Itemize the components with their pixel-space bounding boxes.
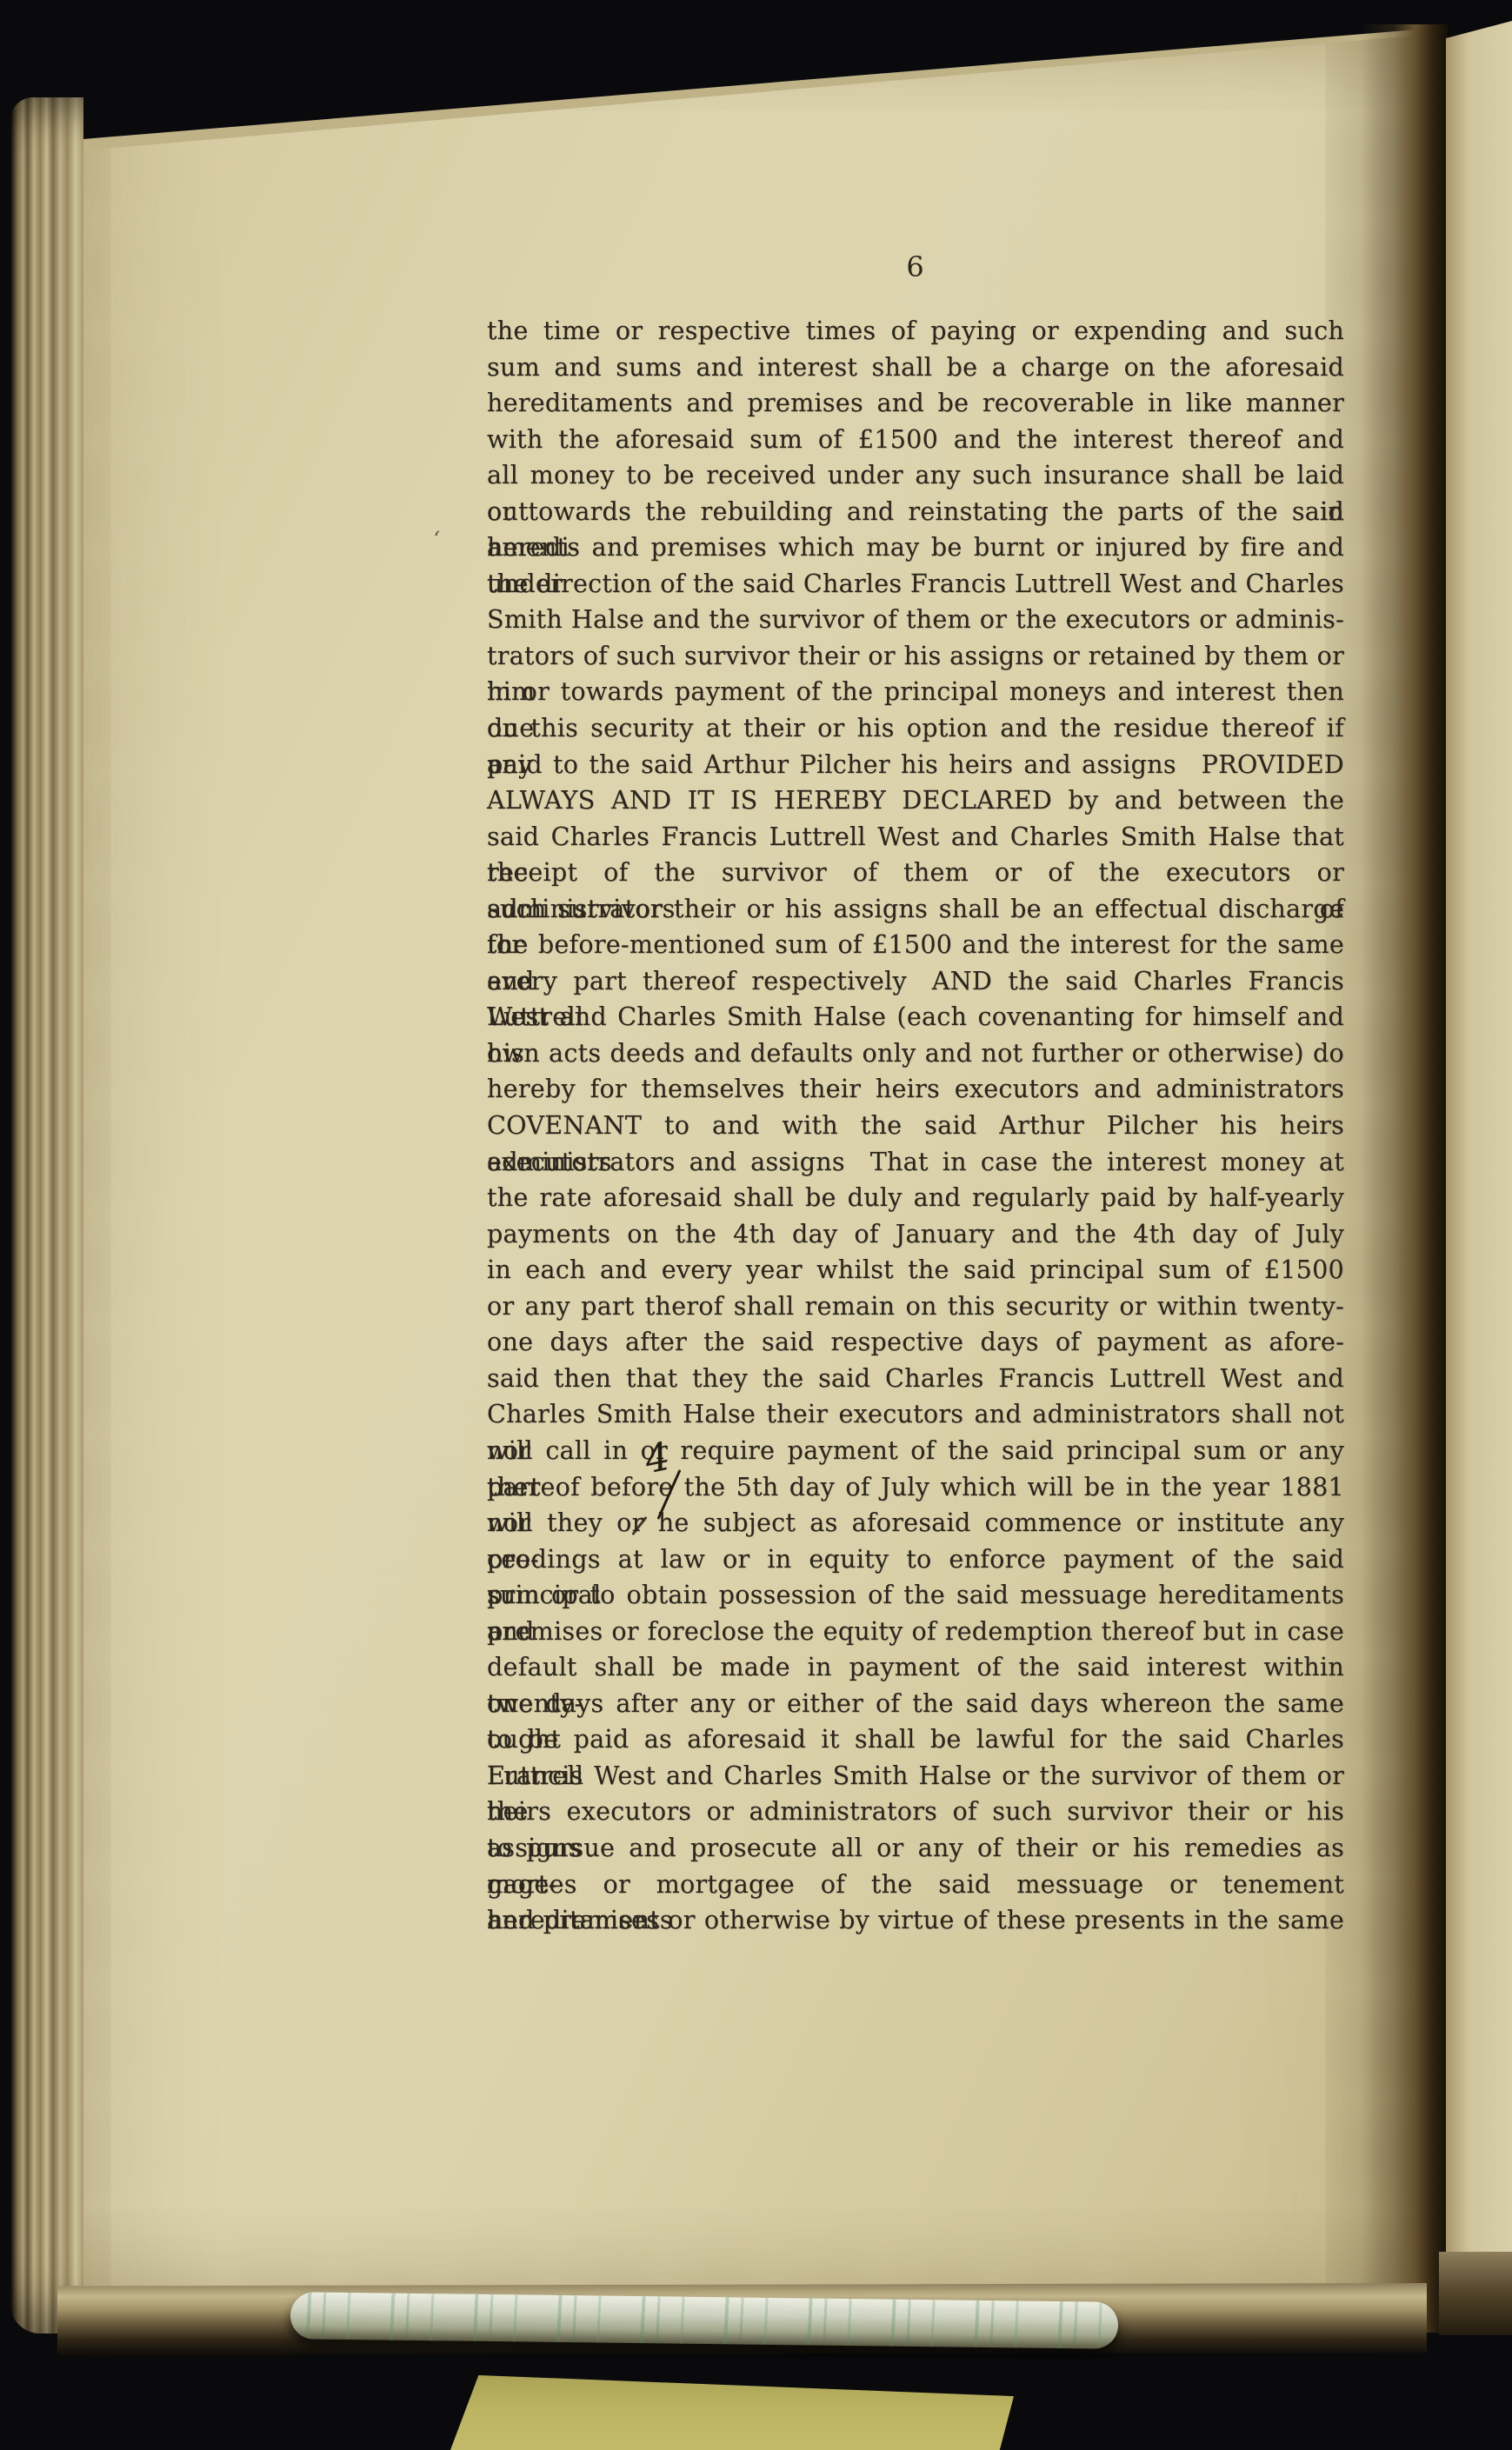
text-line: West and Charles Smith Halse (each coven…	[487, 999, 1344, 1035]
text-line: will call in or require payment of the s…	[487, 1433, 1344, 1469]
text-line: on this security at their or his option …	[487, 710, 1344, 747]
text-line: to be paid as aforesaid it shall be lawf…	[487, 1721, 1344, 1758]
text-line: paid to the said Arthur Pilcher his heir…	[487, 747, 1344, 783]
text-line: every part thereof respectively AND the …	[487, 963, 1344, 1000]
text-line: or towards the rebuilding and reinstatin…	[487, 494, 1344, 530]
page-number: 6	[487, 250, 1344, 283]
text-line: receipt of the survivor of them or of th…	[487, 855, 1344, 891]
text-line: hereby for themselves their heirs execut…	[487, 1071, 1344, 1108]
text-line: said Charles Francis Luttrell West and C…	[487, 819, 1344, 856]
text-line: premises or foreclose the equity of rede…	[487, 1614, 1344, 1650]
document-text: the time or respective times of paying o…	[487, 313, 1344, 1939]
text-line: aments and premises which may be burnt o…	[487, 529, 1344, 566]
book-photograph: 6 the time or respective times of paying…	[0, 0, 1512, 2450]
text-line: Smith Halse and the survivor of them or …	[487, 602, 1344, 638]
text-line: payments on the 4th day of January and t…	[487, 1216, 1344, 1253]
text-line: own acts deeds and defaults only and not…	[487, 1035, 1344, 1072]
text-line: COVENANT to and with the said Arthur Pil…	[487, 1108, 1344, 1144]
text-line: heirs executors or administrators of suc…	[487, 1794, 1344, 1830]
text-line: the direction of the said Charles Franci…	[487, 566, 1344, 603]
text-line: one days after any or either of the said…	[487, 1686, 1344, 1722]
text-line: or any part therof shall remain on this …	[487, 1288, 1344, 1325]
text-line: hereditaments and premises and be recove…	[487, 385, 1344, 422]
text-line: thereof before the 5th day of July which…	[487, 1469, 1344, 1506]
text-line: and premises or otherwise by virtue of t…	[487, 1902, 1344, 1939]
text-line: to pursue and prosecute all or any of th…	[487, 1830, 1344, 1867]
text-line: Luttrell West and Charles Smith Halse or…	[487, 1758, 1344, 1794]
text-line: Charles Smith Halse their executors and …	[487, 1396, 1344, 1433]
text-line: in each and every year whilst the said p…	[487, 1252, 1344, 1288]
text-line: ceedings at law or in equity to enforce …	[487, 1541, 1344, 1578]
text-line: in or towards payment of the principal m…	[487, 674, 1344, 710]
text-line: gagees or mortgagee of the said messuage…	[487, 1867, 1344, 1903]
text-line: sum and sums and interest shall be a cha…	[487, 350, 1344, 386]
text-line: will they or he subject as aforesaid com…	[487, 1505, 1344, 1541]
text-line: default shall be made in payment of the …	[487, 1649, 1344, 1686]
text-line: the before-mentioned sum of £1500 and th…	[487, 927, 1344, 963]
text-line: sum or to obtain possession of the said …	[487, 1577, 1344, 1614]
text-line: said then that they the said Charles Fra…	[487, 1361, 1344, 1397]
text-line: with the aforesaid sum of £1500 and the …	[487, 422, 1344, 458]
text-line: the time or respective times of paying o…	[487, 313, 1344, 350]
text-line: trators of such survivor their or his as…	[487, 638, 1344, 675]
text-line: the rate aforesaid shall be duly and reg…	[487, 1180, 1344, 1216]
adjacent-page-edge	[1446, 21, 1512, 2264]
text-line: ALWAYS AND IT IS HEREBY DECLARED by and …	[487, 782, 1344, 819]
gutter-shadow	[1361, 24, 1448, 2333]
text-line: all money to be received under any such …	[487, 457, 1344, 494]
text-line: administrators and assigns That in case …	[487, 1144, 1344, 1181]
text-line: one days after the said respective days …	[487, 1324, 1344, 1361]
text-line: such survivor their or his assigns shall…	[487, 891, 1344, 928]
